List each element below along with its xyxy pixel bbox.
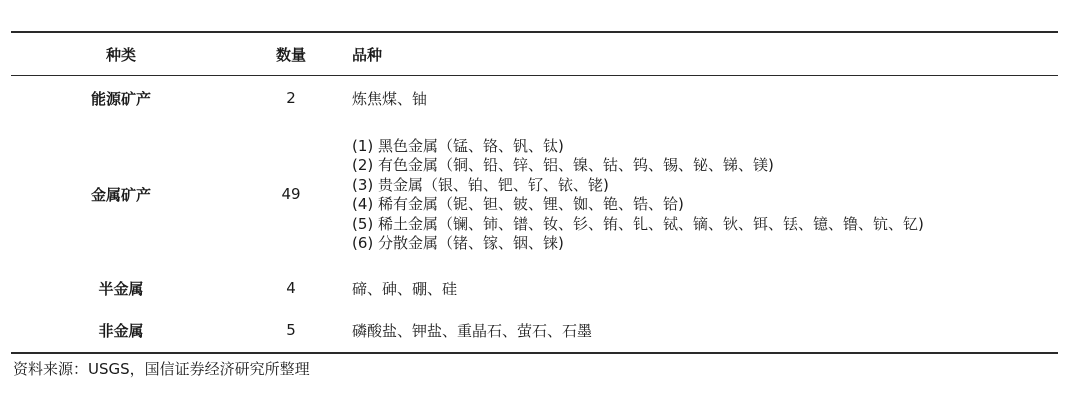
mineral-classification-table: 种类 数量 品种 能源矿产 2 炼焦煤、铀 金属矿产 49 (1) 黑色金属（锰…	[11, 31, 1058, 354]
sub-variety-rare: (4) 稀有金属（铌、钽、铍、锂、铷、铯、锆、铪)	[352, 195, 1058, 215]
cell-varieties: 炼焦煤、铀	[351, 76, 1058, 121]
cell-count: 2	[231, 76, 351, 121]
cell-category: 能源矿产	[11, 76, 231, 121]
table-row-semimetals: 半金属 4 碲、砷、硼、硅	[11, 268, 1058, 308]
source-note: 资料来源：USGS，国信证券经济研究所整理	[13, 358, 310, 379]
sub-variety-ferrous: (1) 黑色金属（锰、铬、钒、钛)	[352, 137, 1058, 157]
header-row: 种类 数量 品种	[11, 32, 1058, 76]
cell-count: 49	[231, 120, 351, 268]
header-category: 种类	[11, 32, 231, 76]
table-row-nonmetals: 非金属 5 磷酸盐、钾盐、重晶石、萤石、石墨	[11, 308, 1058, 353]
table-body: 能源矿产 2 炼焦煤、铀 金属矿产 49 (1) 黑色金属（锰、铬、钒、钛) (…	[11, 76, 1058, 354]
cell-category: 半金属	[11, 268, 231, 308]
table-row-metal-minerals: 金属矿产 49 (1) 黑色金属（锰、铬、钒、钛) (2) 有色金属（铜、铅、锌…	[11, 120, 1058, 268]
cell-varieties: 磷酸盐、钾盐、重晶石、萤石、石墨	[351, 308, 1058, 353]
sub-variety-nonferrous: (2) 有色金属（铜、铅、锌、铝、镍、钴、钨、锡、铋、锑、镁)	[352, 156, 1058, 176]
sub-variety-dispersed: (6) 分散金属（锗、镓、铟、铼)	[352, 234, 1058, 254]
table-header: 种类 数量 品种	[11, 32, 1058, 76]
sub-variety-precious: (3) 贵金属（银、铂、钯、钌、铱、铑)	[352, 176, 1058, 196]
header-varieties: 品种	[351, 32, 1058, 76]
cell-count: 5	[231, 308, 351, 353]
cell-count: 4	[231, 268, 351, 308]
cell-varieties: 碲、砷、硼、硅	[351, 268, 1058, 308]
cell-category: 金属矿产	[11, 120, 231, 268]
table-row-energy-minerals: 能源矿产 2 炼焦煤、铀	[11, 76, 1058, 121]
cell-varieties: (1) 黑色金属（锰、铬、钒、钛) (2) 有色金属（铜、铅、锌、铝、镍、钴、钨…	[351, 120, 1058, 268]
sub-variety-rare-earth: (5) 稀土金属（镧、铈、镨、钕、钐、铕、钆、铽、镝、钬、铒、铥、镱、镥、钪、钇…	[352, 215, 1058, 235]
header-count: 数量	[231, 32, 351, 76]
metal-sub-list: (1) 黑色金属（锰、铬、钒、钛) (2) 有色金属（铜、铅、锌、铝、镍、钴、钨…	[352, 135, 1058, 254]
cell-category: 非金属	[11, 308, 231, 353]
mineral-classification-table-container: 种类 数量 品种 能源矿产 2 炼焦煤、铀 金属矿产 49 (1) 黑色金属（锰…	[11, 31, 1058, 354]
